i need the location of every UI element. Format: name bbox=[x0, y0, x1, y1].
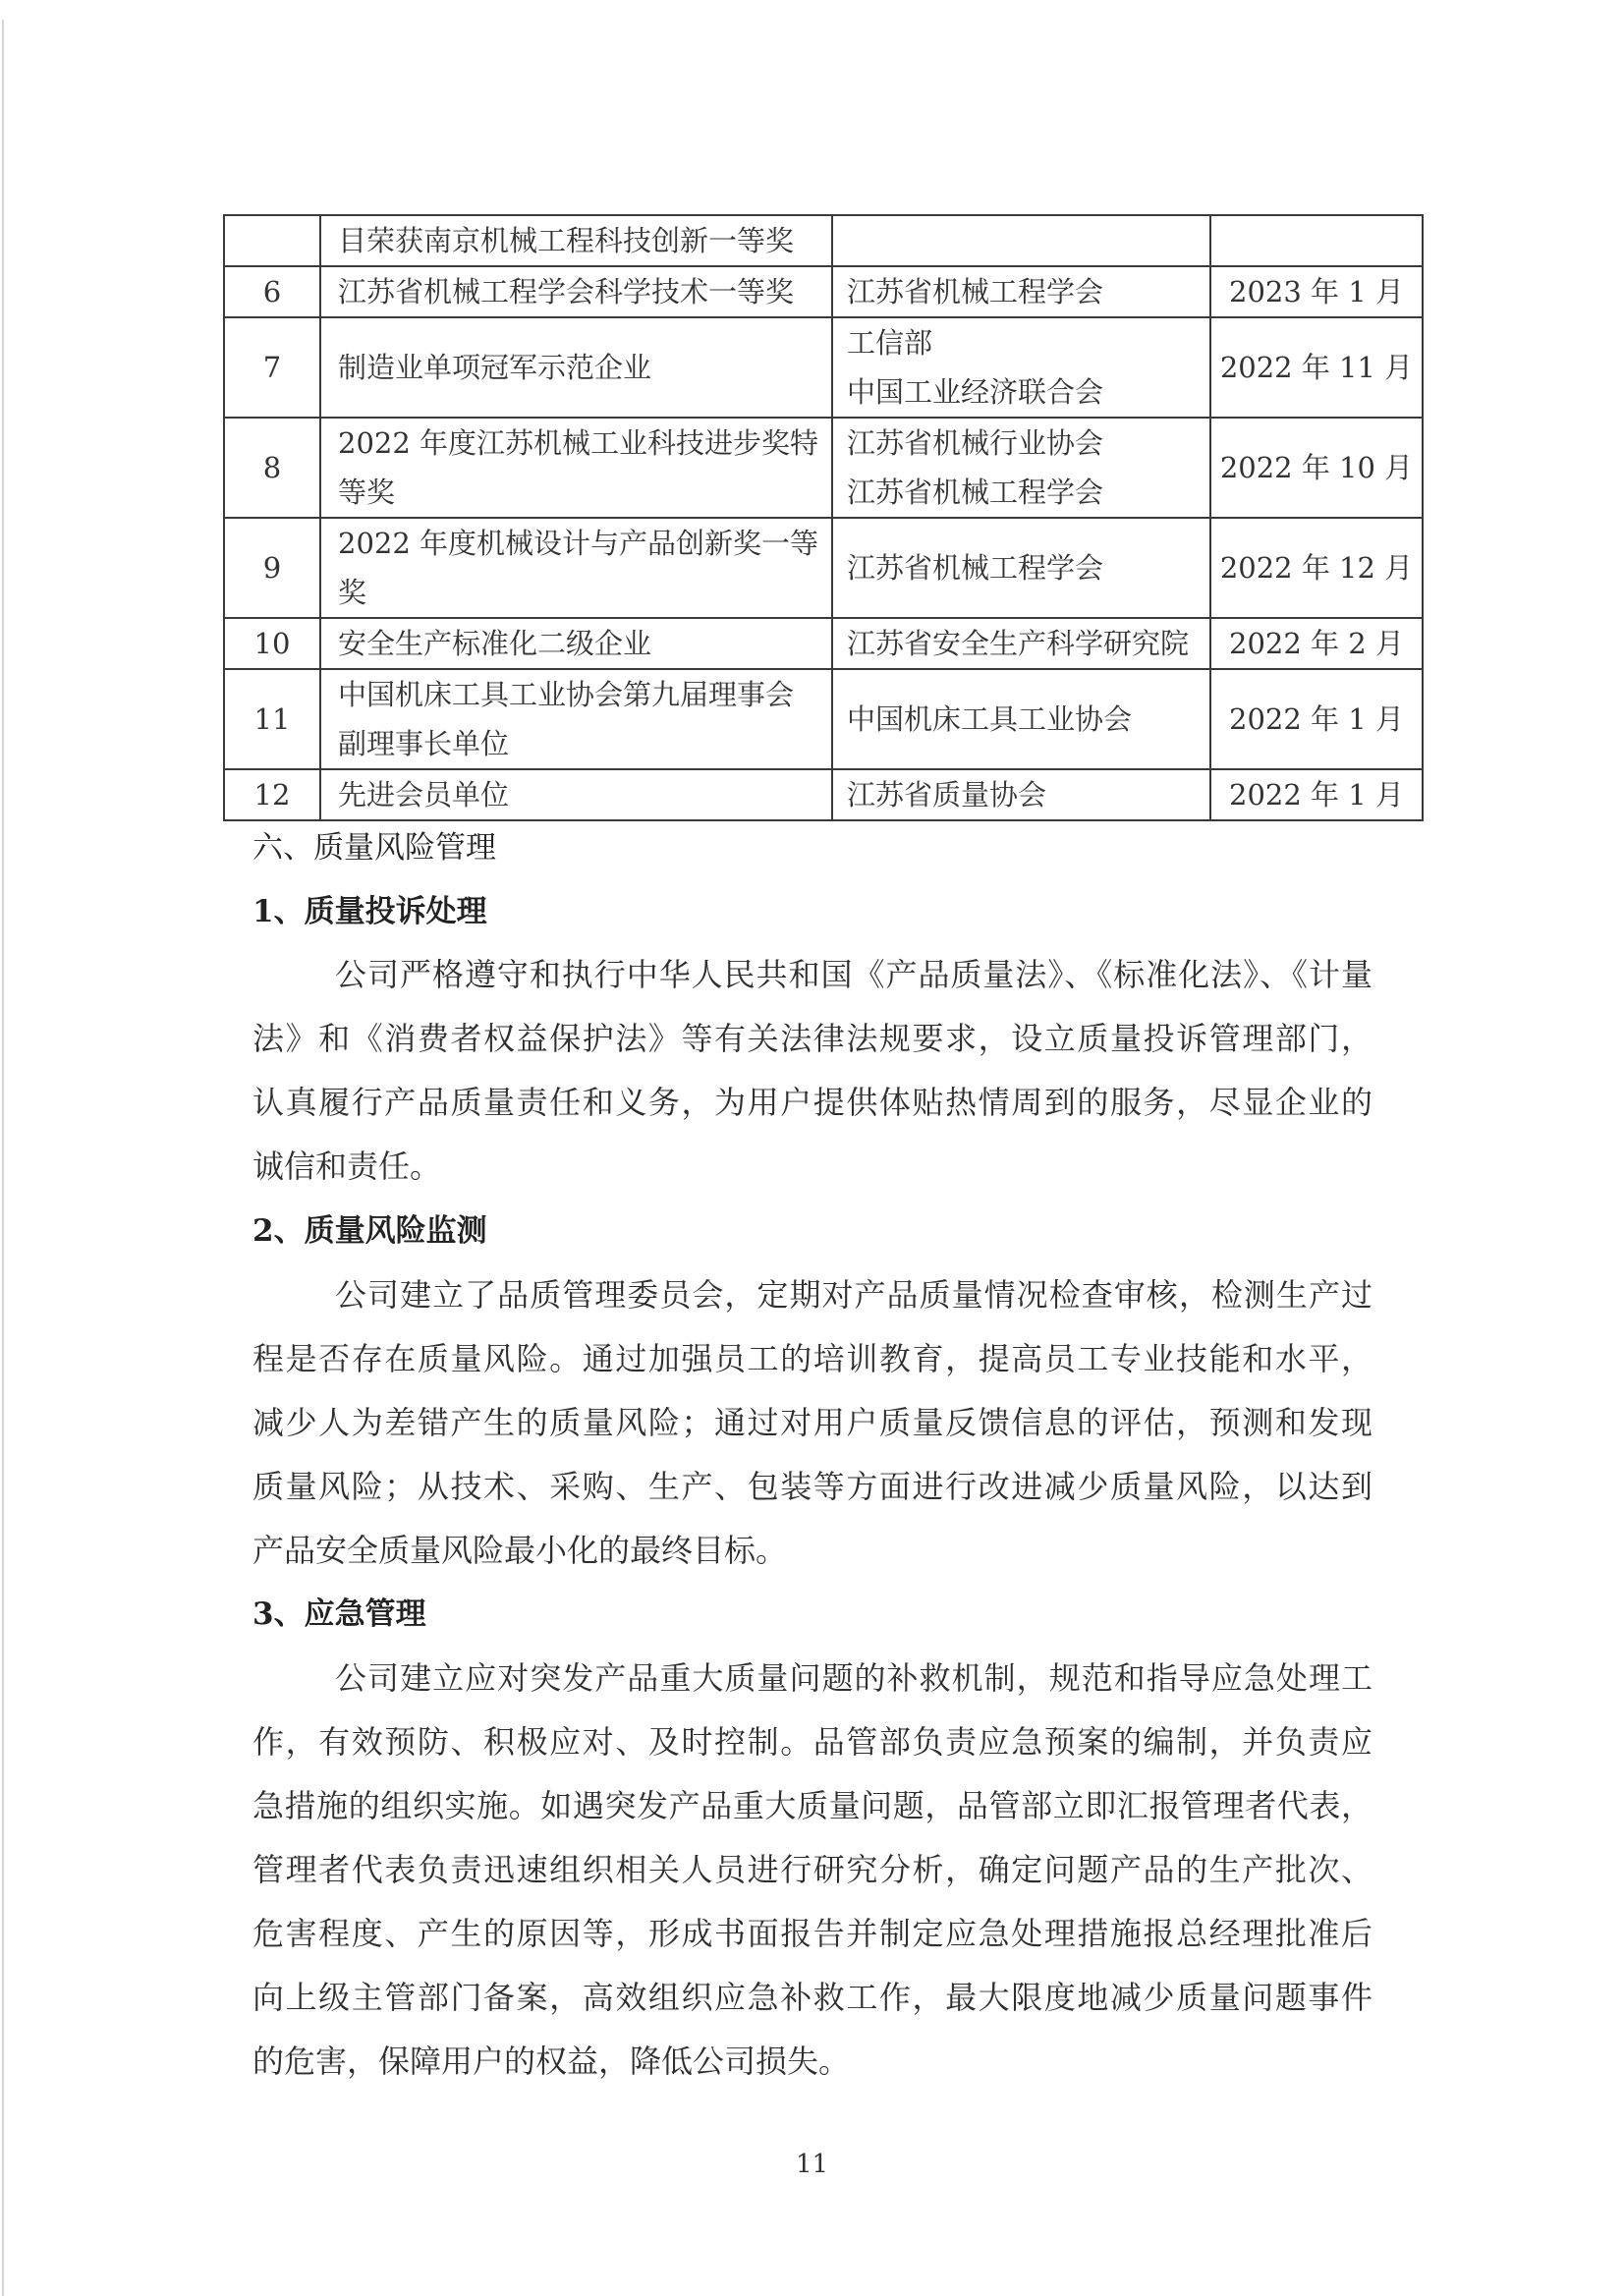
award-date: 2022 年 11 月 bbox=[1210, 317, 1423, 418]
row-number: 11 bbox=[224, 669, 320, 769]
paragraph-line: 公司严格遵守和执行中华人民共和国《产品质量法》、《标准化法》、《计量 bbox=[252, 943, 1372, 1007]
awards-table: 目荣获南京机械工程科技创新一等奖 6 江苏省机械工程学会科学技术一等奖 江苏省机… bbox=[223, 214, 1424, 821]
subsection-title-complaints: 1、质量投诉处理 bbox=[252, 892, 487, 931]
award-date bbox=[1210, 215, 1423, 266]
issuing-org: 江苏省机械工程学会 bbox=[832, 266, 1210, 317]
award-date: 2022 年 1 月 bbox=[1210, 669, 1423, 769]
award-date: 2022 年 1 月 bbox=[1210, 769, 1423, 820]
section-title: 六、质量风险管理 bbox=[252, 828, 496, 868]
paragraph-line: 法》和《消费者权益保护法》等有关法律法规要求，设立质量投诉管理部门， bbox=[252, 1007, 1372, 1071]
table-row: 11 中国机床工具工业协会第九届理事会 副理事长单位 中国机床工具工业协会 20… bbox=[224, 669, 1423, 769]
award-name-line: 安全生产标准化二级企业 bbox=[338, 619, 831, 668]
award-name-line: 先进会员单位 bbox=[338, 770, 831, 819]
award-name-line: 目荣获南京机械工程科技创新一等奖 bbox=[338, 216, 831, 265]
table-row: 目荣获南京机械工程科技创新一等奖 bbox=[224, 215, 1423, 266]
paragraph-line: 产品安全质量风险最小化的最终目标。 bbox=[252, 1519, 1372, 1583]
paragraph-line: 作，有效预防、积极应对、及时控制。品管部负责应急预案的编制，并负责应 bbox=[252, 1710, 1372, 1774]
award-name-line: 等奖 bbox=[338, 468, 831, 517]
org-line: 工信部 bbox=[847, 318, 1209, 367]
award-name-line: 制造业单项冠军示范企业 bbox=[338, 343, 831, 392]
paragraph-line: 减少人为差错产生的质量风险；通过对用户质量反馈信息的评估，预测和发现 bbox=[252, 1391, 1372, 1455]
table-row: 7 制造业单项冠军示范企业 工信部 中国工业经济联合会 2022 年 11 月 bbox=[224, 317, 1423, 418]
issuing-org: 江苏省安全生产科学研究院 bbox=[832, 618, 1210, 669]
award-name-line: 2022 年度江苏机械工业科技进步奖特 bbox=[338, 419, 831, 468]
row-number: 9 bbox=[224, 518, 320, 618]
paragraph-line: 公司建立应对突发产品重大质量问题的补救机制，规范和指导应急处理工 bbox=[252, 1647, 1372, 1710]
org-line: 江苏省机械工程学会 bbox=[847, 468, 1209, 517]
paragraph-complaints: 公司严格遵守和执行中华人民共和国《产品质量法》、《标准化法》、《计量 法》和《消… bbox=[252, 943, 1372, 1199]
subsection-title-monitoring: 2、质量风险监测 bbox=[252, 1211, 487, 1251]
table-row: 12 先进会员单位 江苏省质量协会 2022 年 1 月 bbox=[224, 769, 1423, 820]
award-name: 目荣获南京机械工程科技创新一等奖 bbox=[320, 215, 832, 266]
award-name: 制造业单项冠军示范企业 bbox=[320, 317, 832, 418]
award-name: 安全生产标准化二级企业 bbox=[320, 618, 832, 669]
subsection-title-emergency: 3、应急管理 bbox=[252, 1595, 426, 1634]
table-row: 6 江苏省机械工程学会科学技术一等奖 江苏省机械工程学会 2023 年 1 月 bbox=[224, 266, 1423, 317]
issuing-org: 江苏省机械行业协会 江苏省机械工程学会 bbox=[832, 418, 1210, 518]
table-row: 8 2022 年度江苏机械工业科技进步奖特 等奖 江苏省机械行业协会 江苏省机械… bbox=[224, 418, 1423, 518]
paragraph-line: 程是否存在质量风险。通过加强员工的培训教育，提高员工专业技能和水平， bbox=[252, 1327, 1372, 1391]
paragraph-line: 管理者代表负责迅速组织相关人员进行研究分析，确定问题产品的生产批次、 bbox=[252, 1838, 1372, 1902]
issuing-org: 江苏省机械工程学会 bbox=[832, 518, 1210, 618]
row-number bbox=[224, 215, 320, 266]
award-name: 江苏省机械工程学会科学技术一等奖 bbox=[320, 266, 832, 317]
award-name: 2022 年度江苏机械工业科技进步奖特 等奖 bbox=[320, 418, 832, 518]
award-name-line: 中国机床工具工业协会第九届理事会 bbox=[338, 670, 831, 719]
table-row: 10 安全生产标准化二级企业 江苏省安全生产科学研究院 2022 年 2 月 bbox=[224, 618, 1423, 669]
award-name: 2022 年度机械设计与产品创新奖一等 奖 bbox=[320, 518, 832, 618]
award-name: 先进会员单位 bbox=[320, 769, 832, 820]
org-line: 江苏省机械行业协会 bbox=[847, 419, 1209, 468]
scan-edge-line bbox=[2, 20, 4, 2296]
award-date: 2023 年 1 月 bbox=[1210, 266, 1423, 317]
issuing-org: 中国机床工具工业协会 bbox=[832, 669, 1210, 769]
paragraph-line: 急措施的组织实施。如遇突发产品重大质量问题，品管部立即汇报管理者代表， bbox=[252, 1774, 1372, 1838]
paragraph-line: 公司建立了品质管理委员会，定期对产品质量情况检查审核，检测生产过 bbox=[252, 1263, 1372, 1327]
row-number: 7 bbox=[224, 317, 320, 418]
org-line: 江苏省质量协会 bbox=[847, 770, 1209, 819]
row-number: 6 bbox=[224, 266, 320, 317]
award-name-line: 副理事长单位 bbox=[338, 719, 831, 768]
award-date: 2022 年 10 月 bbox=[1210, 418, 1423, 518]
page-number: 11 bbox=[0, 2150, 1624, 2179]
award-name-line: 江苏省机械工程学会科学技术一等奖 bbox=[338, 267, 831, 316]
org-line: 江苏省安全生产科学研究院 bbox=[847, 619, 1209, 668]
issuing-org: 工信部 中国工业经济联合会 bbox=[832, 317, 1210, 418]
paragraph-line: 的危害，保障用户的权益，降低公司损失。 bbox=[252, 2030, 1372, 2094]
org-line: 中国机床工具工业协会 bbox=[847, 695, 1209, 744]
paragraph-line: 向上级主管部门备案，高效组织应急补救工作，最大限度地减少质量问题事件 bbox=[252, 1966, 1372, 2030]
award-date: 2022 年 2 月 bbox=[1210, 618, 1423, 669]
award-name-line: 2022 年度机械设计与产品创新奖一等 bbox=[338, 519, 831, 568]
award-name-line: 奖 bbox=[338, 568, 831, 617]
row-number: 10 bbox=[224, 618, 320, 669]
org-line: 中国工业经济联合会 bbox=[847, 367, 1209, 417]
paragraph-line: 质量风险；从技术、采购、生产、包装等方面进行改进减少质量风险，以达到 bbox=[252, 1455, 1372, 1519]
paragraph-line: 认真履行产品质量责任和义务，为用户提供体贴热情周到的服务，尽显企业的 bbox=[252, 1071, 1372, 1135]
paragraph-line: 诚信和责任。 bbox=[252, 1135, 1372, 1199]
issuing-org bbox=[832, 215, 1210, 266]
row-number: 12 bbox=[224, 769, 320, 820]
org-line: 江苏省机械工程学会 bbox=[847, 267, 1209, 316]
paragraph-line: 危害程度、产生的原因等，形成书面报告并制定应急处理措施报总经理批准后 bbox=[252, 1902, 1372, 1966]
row-number: 8 bbox=[224, 418, 320, 518]
org-line: 江苏省机械工程学会 bbox=[847, 543, 1209, 592]
table-row: 9 2022 年度机械设计与产品创新奖一等 奖 江苏省机械工程学会 2022 年… bbox=[224, 518, 1423, 618]
award-name: 中国机床工具工业协会第九届理事会 副理事长单位 bbox=[320, 669, 832, 769]
paragraph-emergency: 公司建立应对突发产品重大质量问题的补救机制，规范和指导应急处理工 作，有效预防、… bbox=[252, 1647, 1372, 2094]
issuing-org: 江苏省质量协会 bbox=[832, 769, 1210, 820]
award-date: 2022 年 12 月 bbox=[1210, 518, 1423, 618]
paragraph-monitoring: 公司建立了品质管理委员会，定期对产品质量情况检查审核，检测生产过 程是否存在质量… bbox=[252, 1263, 1372, 1583]
